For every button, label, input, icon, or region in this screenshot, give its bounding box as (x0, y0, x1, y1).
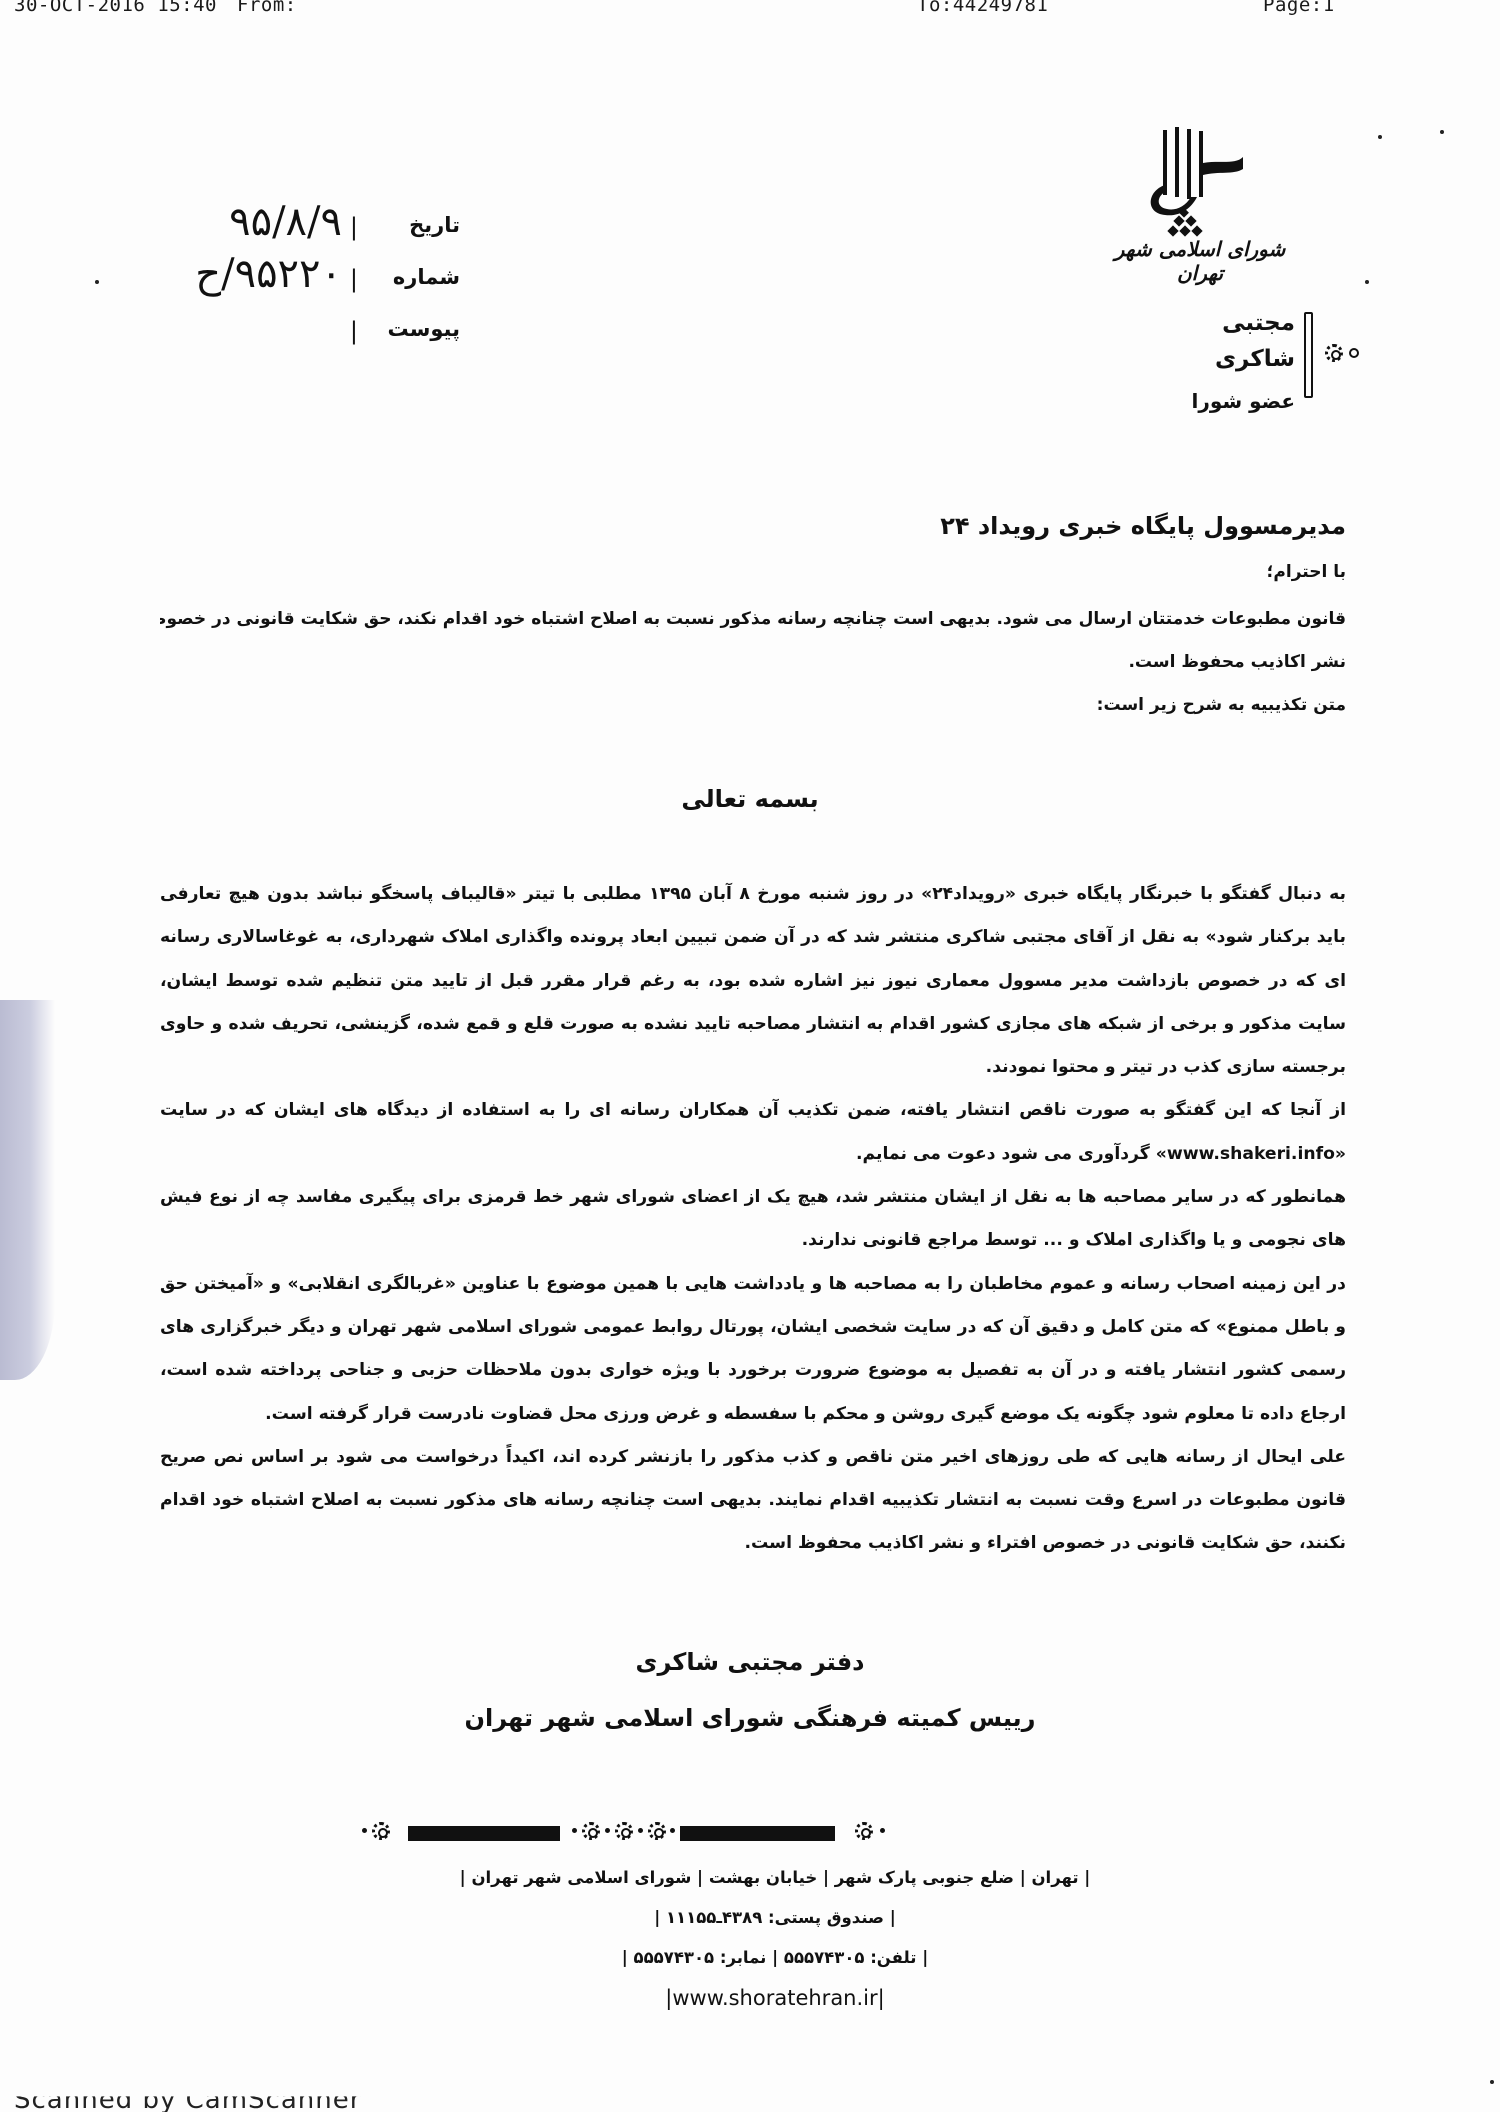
dot-icon (362, 1828, 367, 1833)
fax-header: 30-OCT-2016 15:40 From: To:44249781 Page… (0, 0, 1500, 22)
footer-ornament (360, 1818, 1170, 1848)
rosette-icon (372, 1822, 390, 1840)
fax-to: To:44249781 (917, 0, 1048, 12)
body-paragraph: به دنبال گفتگو با خبرنگار پایگاه خبری «ر… (160, 873, 1346, 1089)
redaction-bar (680, 1826, 835, 1841)
member-divider (1304, 312, 1313, 398)
separator: | (350, 265, 358, 293)
scan-shadow (0, 1000, 55, 1380)
scanner-watermark: Scanned by CamScanner (14, 2085, 361, 2112)
member-block: مجتبی شاکری عضو شورا (1150, 305, 1295, 419)
phone-fax: | تلفن: ۵۵۵۷۴۳۰۵ | نمابر: ۵۵۵۷۴۳۰۵ | (400, 1938, 1150, 1978)
rosette-icon (855, 1822, 873, 1840)
date-value: ۹۵/۸/۹ (229, 199, 342, 245)
recipient: مدیرمسوول پایگاه خبری رویداد ۲۴ (300, 512, 1346, 540)
intro: قانون مطبوعات خدمتتان ارسال می شود. بدیه… (160, 598, 1346, 727)
fax-datetime: 30-OCT-2016 15:40 (14, 0, 217, 12)
scan-speck (95, 280, 99, 284)
signature-block: دفتر مجتبی شاکری رییس کمیته فرهنگی شورای… (400, 1640, 1100, 1740)
dot-icon (670, 1828, 675, 1833)
rosette-icon (1325, 344, 1343, 362)
footer-address: | تهران | ضلع جنوبی پارک شهر | خیابان به… (400, 1858, 1150, 2018)
po-box: | صندوق پستی: ۴۳۸۹ـ۱۱۱۵۵ | (400, 1898, 1150, 1938)
greeting: با احترام؛ (300, 562, 1346, 582)
scan-speck (1365, 280, 1369, 284)
attachment-label: پیوست (387, 317, 460, 341)
dot-icon (638, 1828, 643, 1833)
body-paragraph: از آنجا که این گفتگو به صورت ناقص انتشار… (160, 1089, 1346, 1176)
fax-from: From: (237, 0, 297, 12)
signature-title: رییس کمیته فرهنگی شورای اسلامی شهر تهران (400, 1696, 1100, 1740)
council-logo-icon (1145, 125, 1245, 245)
dot-icon (605, 1828, 610, 1833)
council-name: شورای اسلامی شهر تهران (1110, 237, 1290, 285)
website-link[interactable]: |www.shoratehran.ir| (400, 1978, 1150, 2018)
intro-line: متن تکذیبیه به شرح زیر است: (160, 684, 1346, 727)
body-paragraph: همانطور که در سایر مصاحبه ها به نقل از ا… (160, 1176, 1346, 1263)
member-role: عضو شورا (1150, 383, 1295, 419)
date-row: تاریخ | ۹۵/۸/۹ (160, 205, 460, 257)
number-row: شماره | ۹۵۲۲۰/ح (160, 257, 460, 309)
rosette-icon (582, 1822, 600, 1840)
bismillah-heading: بسمه تعالی (300, 785, 1200, 813)
redaction-bar (408, 1826, 560, 1841)
rosette-icon (648, 1822, 666, 1840)
number-value: ۹۵۲۲۰/ح (195, 251, 342, 297)
signature-office: دفتر مجتبی شاکری (400, 1640, 1100, 1684)
scan-speck (1440, 130, 1444, 134)
separator: | (350, 213, 358, 241)
body-paragraph: در این زمینه اصحاب رسانه و عموم مخاطبان … (160, 1263, 1346, 1436)
scan-speck (1490, 2080, 1494, 2084)
address-line: | تهران | ضلع جنوبی پارک شهر | خیابان به… (400, 1858, 1150, 1898)
rosette-icon (615, 1822, 633, 1840)
member-ornament (1325, 344, 1359, 362)
letter-meta: تاریخ | ۹۵/۸/۹ شماره | ۹۵۲۲۰/ح پیوست | (160, 205, 460, 361)
body-paragraph: علی ایحال از رسانه هایی که طی روزهای اخی… (160, 1436, 1346, 1566)
fax-page: Page:1 (1263, 0, 1335, 12)
separator: | (350, 317, 358, 345)
ring-dot-icon (1349, 348, 1359, 358)
scan-speck (1378, 135, 1382, 139)
intro-line: قانون مطبوعات خدمتتان ارسال می شود. بدیه… (160, 598, 1346, 641)
dot-icon (572, 1828, 577, 1833)
number-label: شماره (393, 265, 460, 289)
intro-line: نشر اکاذیب محفوظ است. (160, 641, 1346, 684)
attachment-row: پیوست | (160, 309, 460, 361)
dot-icon (880, 1828, 885, 1833)
date-label: تاریخ (409, 213, 460, 237)
member-name: مجتبی شاکری (1150, 305, 1295, 377)
denial-statement: به دنبال گفتگو با خبرنگار پایگاه خبری «ر… (160, 873, 1346, 1566)
